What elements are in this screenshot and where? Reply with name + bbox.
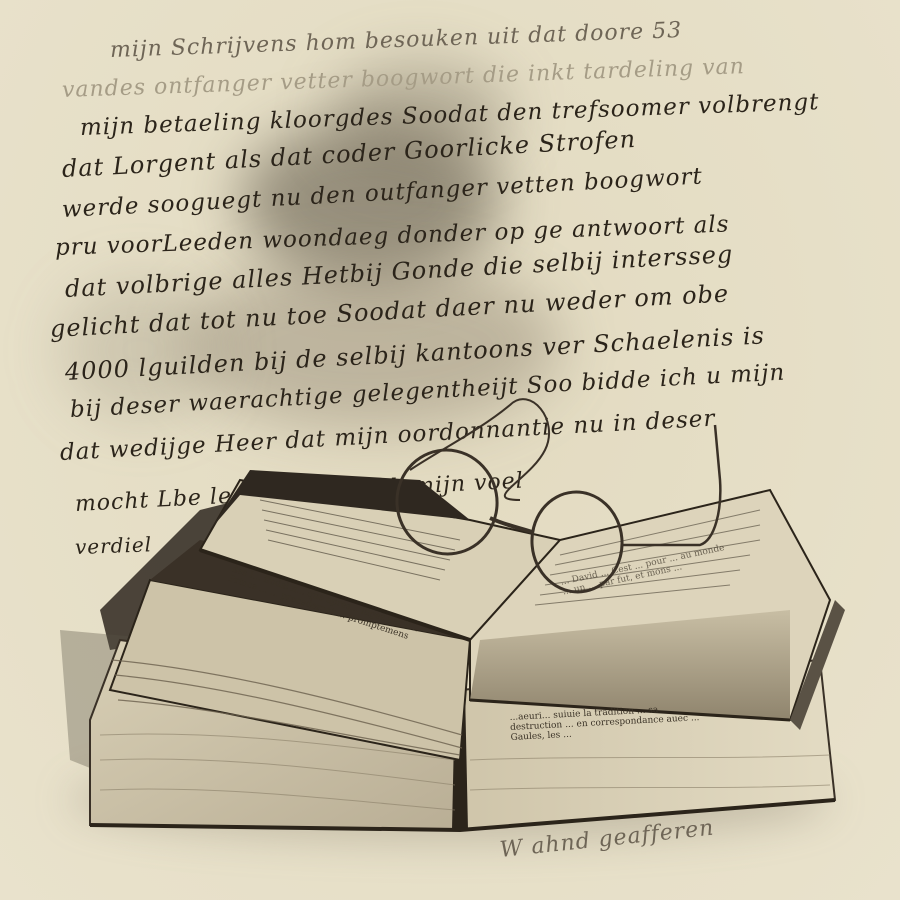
top-book-right <box>470 490 845 730</box>
photo-canvas: mijn Schrijvens hom besouken uit dat doo… <box>0 0 900 900</box>
books-illustration <box>0 0 900 900</box>
